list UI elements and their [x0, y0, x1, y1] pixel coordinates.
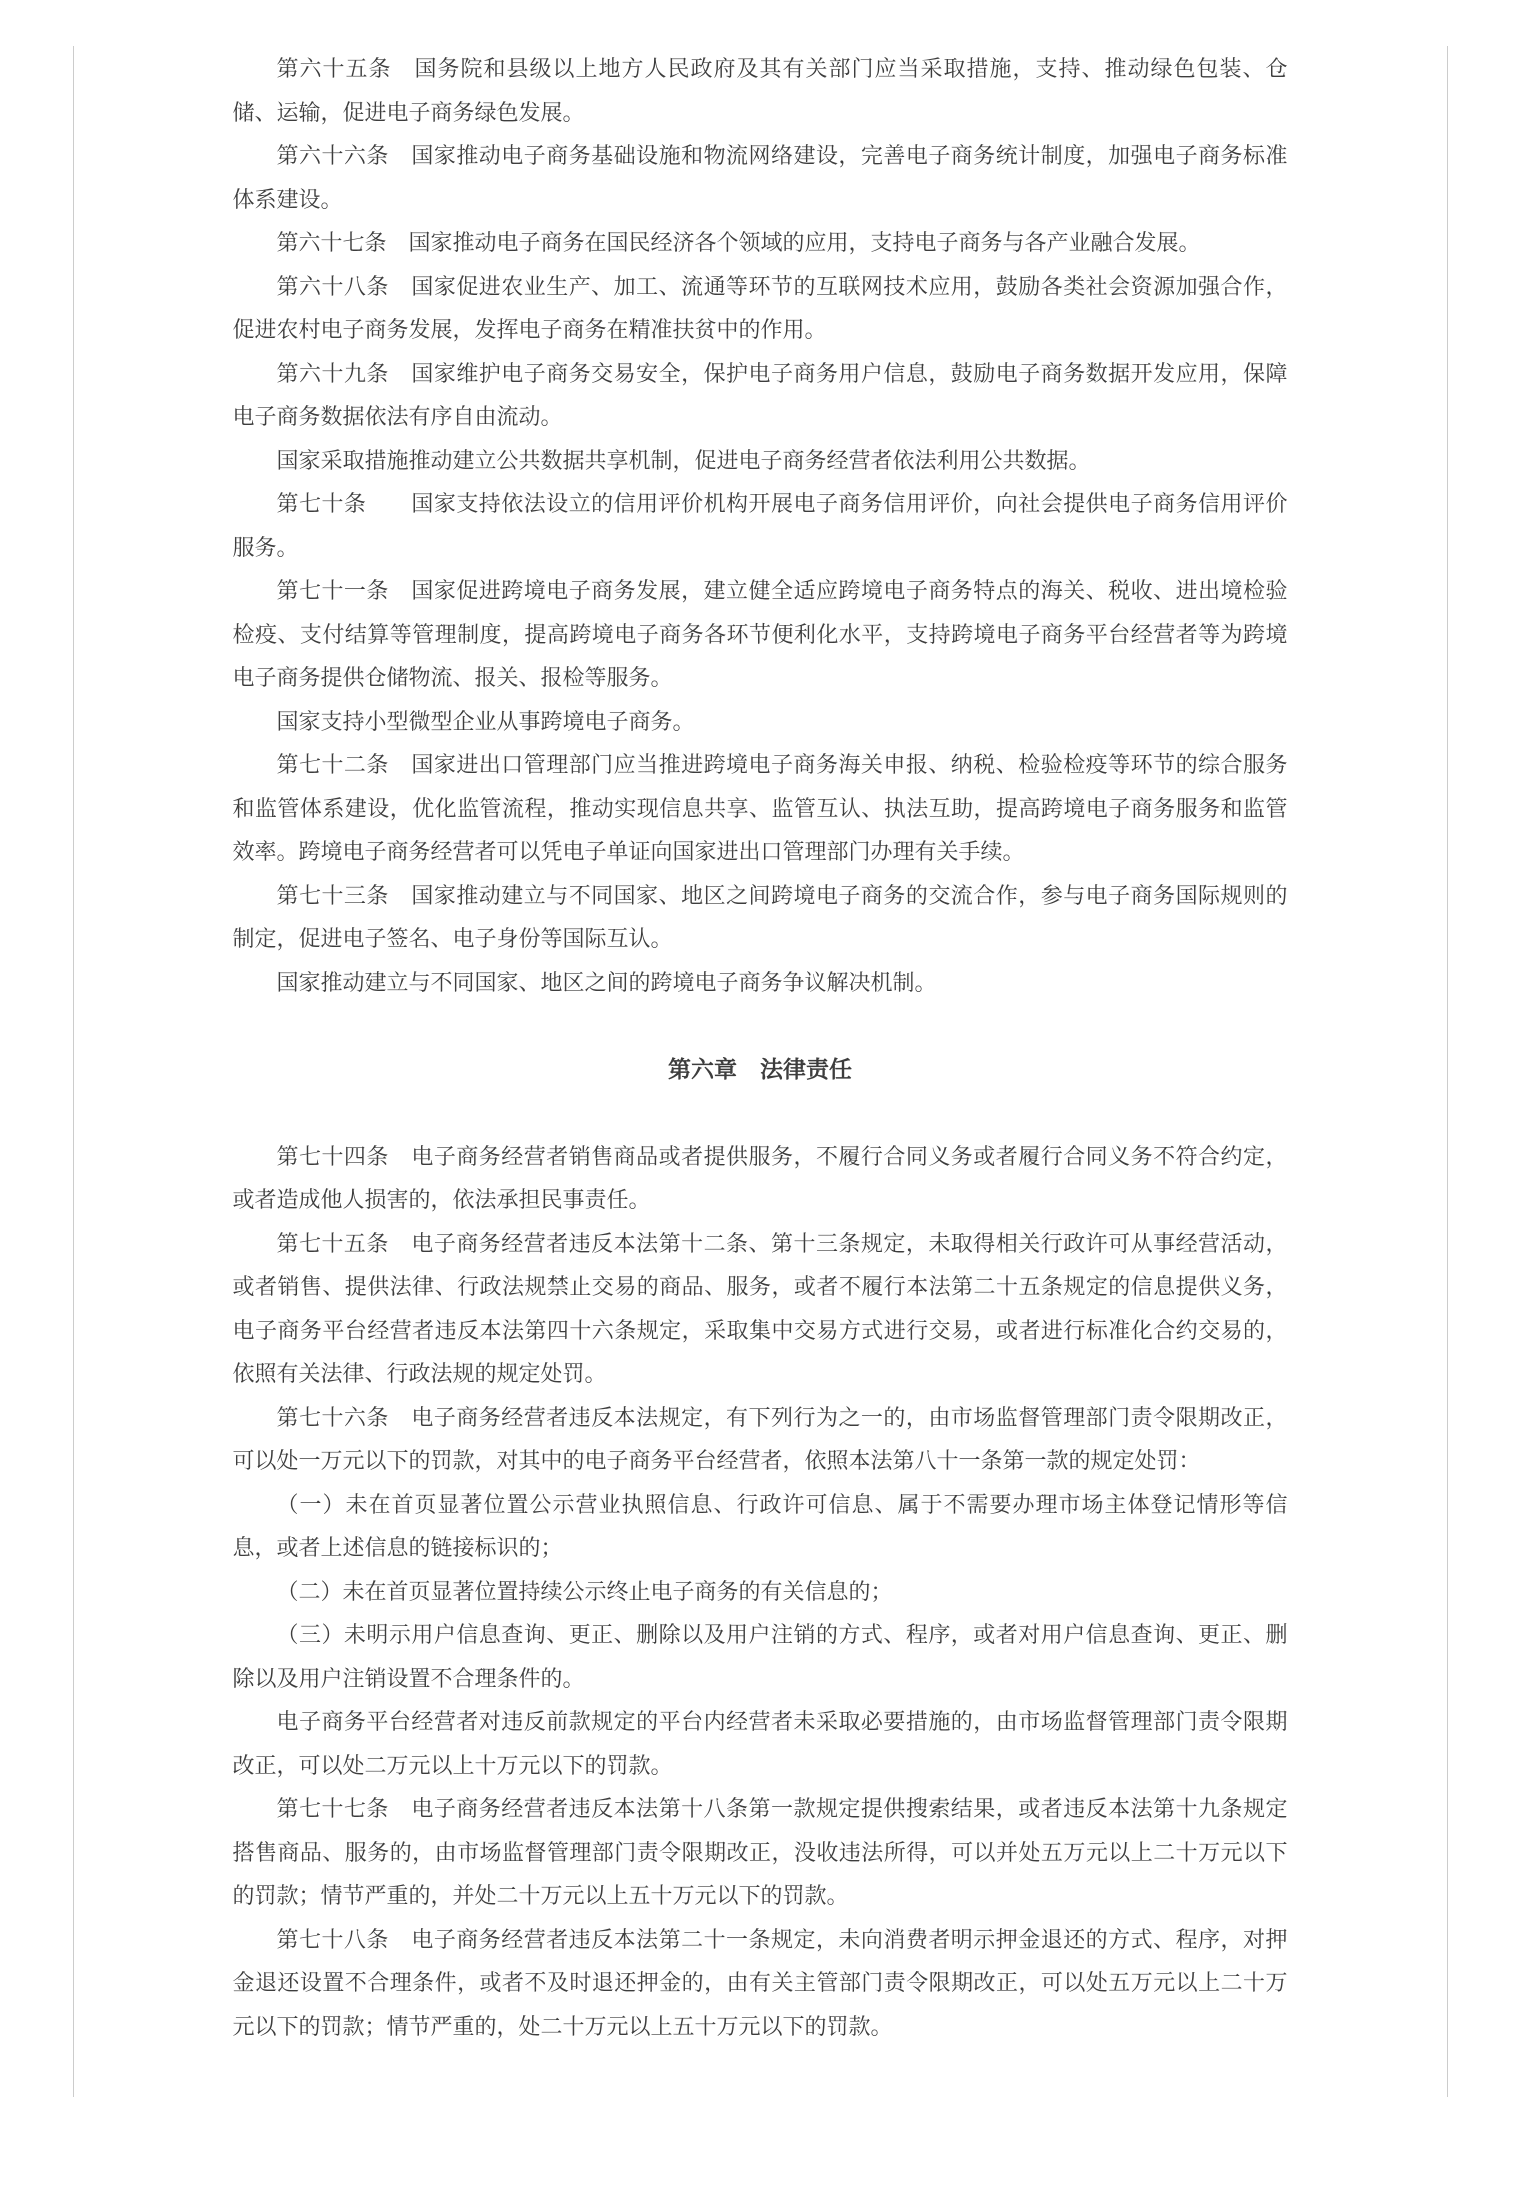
article-69-paragraph-2: 国家采取措施推动建立公共数据共享机制，促进电子商务经营者依法利用公共数据。: [233, 439, 1288, 483]
article-71-paragraph-1: 第七十一条 国家促进跨境电子商务发展，建立健全适应跨境电子商务特点的海关、税收、…: [233, 569, 1288, 700]
article-70-paragraph: 第七十条 国家支持依法设立的信用评价机构开展电子商务信用评价，向社会提供电子商务…: [233, 482, 1288, 569]
document-page: 第六十五条 国务院和县级以上地方人民政府及其有关部门应当采取措施，支持、推动绿色…: [73, 46, 1448, 2097]
article-76-paragraph-1: 第七十六条 电子商务经营者违反本法规定，有下列行为之一的，由市场监督管理部门责令…: [233, 1396, 1288, 1483]
article-69-paragraph-1: 第六十九条 国家维护电子商务交易安全，保护电子商务用户信息，鼓励电子商务数据开发…: [233, 352, 1288, 439]
article-77-paragraph: 第七十七条 电子商务经营者违反本法第十八条第一款规定提供搜索结果，或者违反本法第…: [233, 1787, 1288, 1918]
article-76-item-1: （一）未在首页显著位置公示营业执照信息、行政许可信息、属于不需要办理市场主体登记…: [233, 1483, 1288, 1570]
article-73-paragraph-2: 国家推动建立与不同国家、地区之间的跨境电子商务争议解决机制。: [233, 961, 1288, 1005]
article-74-paragraph: 第七十四条 电子商务经营者销售商品或者提供服务，不履行合同义务或者履行合同义务不…: [233, 1135, 1288, 1222]
article-71-paragraph-2: 国家支持小型微型企业从事跨境电子商务。: [233, 700, 1288, 744]
article-65-paragraph: 第六十五条 国务院和县级以上地方人民政府及其有关部门应当采取措施，支持、推动绿色…: [233, 47, 1288, 134]
chapter-6-heading: 第六章 法律责任: [233, 1048, 1288, 1092]
article-76-paragraph-2: 电子商务平台经营者对违反前款规定的平台内经营者未采取必要措施的，由市场监督管理部…: [233, 1700, 1288, 1787]
article-67-paragraph: 第六十七条 国家推动电子商务在国民经济各个领域的应用，支持电子商务与各产业融合发…: [233, 221, 1288, 265]
document-viewer: { "styles": { "background_color": "#ffff…: [0, 46, 1520, 2196]
article-78-paragraph: 第七十八条 电子商务经营者违反本法第二十一条规定，未向消费者明示押金退还的方式、…: [233, 1918, 1288, 2049]
article-76-item-2: （二）未在首页显著位置持续公示终止电子商务的有关信息的；: [233, 1570, 1288, 1614]
article-73-paragraph-1: 第七十三条 国家推动建立与不同国家、地区之间跨境电子商务的交流合作，参与电子商务…: [233, 874, 1288, 961]
article-75-paragraph: 第七十五条 电子商务经营者违反本法第十二条、第十三条规定，未取得相关行政许可从事…: [233, 1222, 1288, 1396]
article-68-paragraph: 第六十八条 国家促进农业生产、加工、流通等环节的互联网技术应用，鼓励各类社会资源…: [233, 265, 1288, 352]
article-76-item-3: （三）未明示用户信息查询、更正、删除以及用户注销的方式、程序，或者对用户信息查询…: [233, 1613, 1288, 1700]
article-66-paragraph: 第六十六条 国家推动电子商务基础设施和物流网络建设，完善电子商务统计制度，加强电…: [233, 134, 1288, 221]
article-72-paragraph: 第七十二条 国家进出口管理部门应当推进跨境电子商务海关申报、纳税、检验检疫等环节…: [233, 743, 1288, 874]
